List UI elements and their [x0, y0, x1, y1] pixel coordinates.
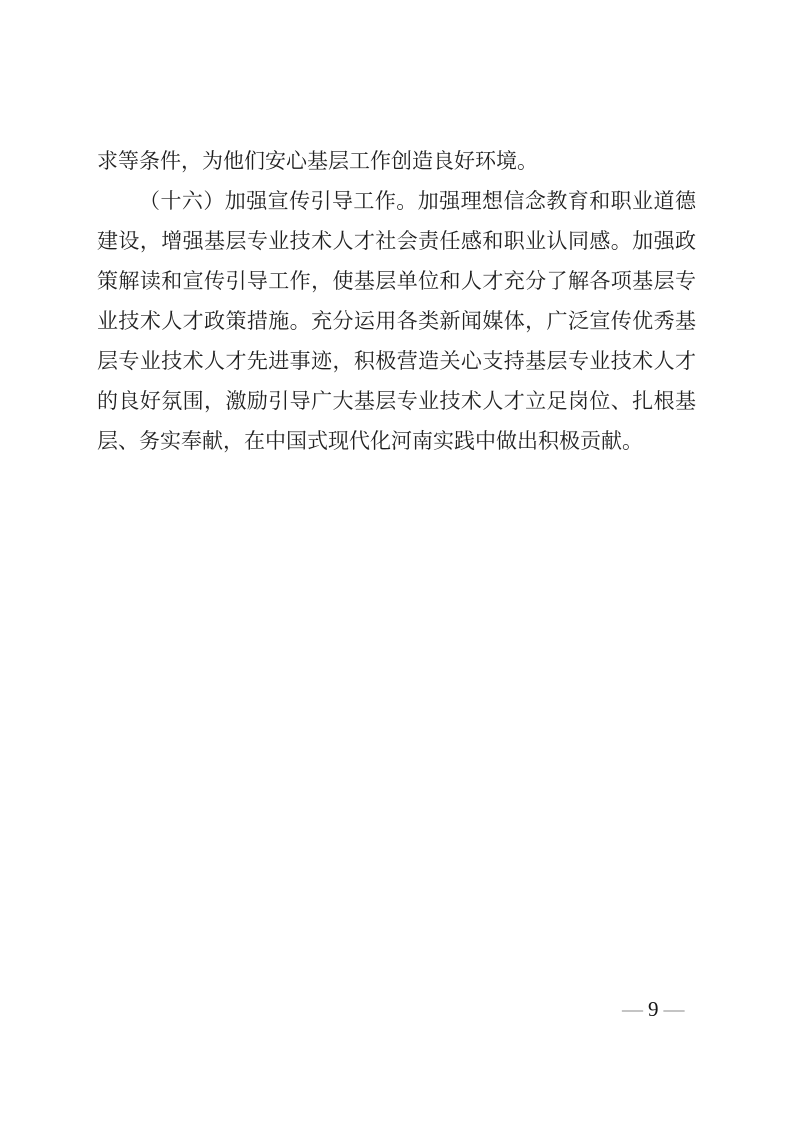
text-line: 建设，增强基层专业技术人才社会责任感和职业认同感。加强政	[97, 221, 696, 261]
text-line: 层专业技术人才先进事迹，积极营造关心支持基层专业技术人才	[97, 341, 696, 381]
text-line: 求等条件，为他们安心基层工作创造良好环境。	[97, 141, 696, 181]
document-page: 求等条件，为他们安心基层工作创造良好环境。 （十六）加强宣传引导工作。加强理想信…	[0, 0, 793, 1122]
text-line: 层、务实奉献，在中国式现代化河南实践中做出积极贡献。	[97, 421, 696, 461]
page-number-dash-right: —	[664, 997, 685, 1021]
text-line: 策解读和宣传引导工作，使基层单位和人才充分了解各项基层专	[97, 261, 696, 301]
text-line: 的良好氛围，激励引导广大基层专业技术人才立足岗位、扎根基	[97, 381, 696, 421]
text-line: （十六）加强宣传引导工作。加强理想信念教育和职业道德	[97, 181, 696, 221]
body-text: 求等条件，为他们安心基层工作创造良好环境。 （十六）加强宣传引导工作。加强理想信…	[97, 141, 696, 461]
page-number: —9—	[622, 994, 702, 1024]
page-number-dash-left: —	[622, 997, 643, 1021]
page-number-value: 9	[643, 997, 664, 1021]
text-line: 业技术人才政策措施。充分运用各类新闻媒体，广泛宣传优秀基	[97, 301, 696, 341]
